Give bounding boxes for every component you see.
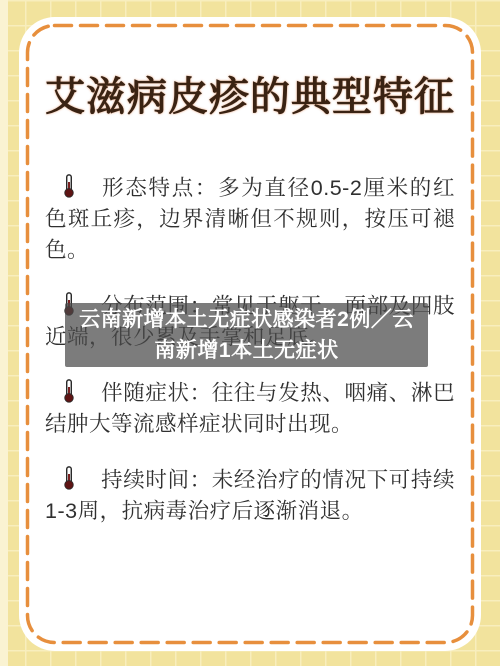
background-left-strip bbox=[0, 0, 8, 666]
bullet-morphology: 形态特点：多为直径0.5-2厘米的红色斑丘疹，边界清晰但不规则，按压可褪色。 bbox=[45, 173, 455, 266]
bullet-accompanying-symptoms: 伴随症状：往往与发热、咽痛、淋巴结肿大等流感样症状同时出现。 bbox=[45, 378, 455, 440]
bullet-duration: 持续时间：未经治疗的情况下可持续1-3周，抗病毒治疗后逐渐消退。 bbox=[45, 465, 455, 527]
thermometer-icon bbox=[63, 174, 75, 198]
news-overlay-line1: 云南新增本土无症状感染者2例／云 bbox=[65, 304, 428, 335]
bullet-label: 持续时间： bbox=[101, 468, 212, 492]
thermometer-icon bbox=[63, 466, 75, 490]
news-overlay-line2: 南新增1本土无症状 bbox=[65, 335, 428, 366]
poster-title: 艾滋病皮疹的典型特征 bbox=[45, 71, 455, 123]
poster-canvas: 艾滋病皮疹的典型特征 形态特点：多为直径0.5-2厘米的红色斑丘疹，边界清晰但不… bbox=[0, 0, 500, 666]
bullet-label: 形态特点： bbox=[101, 176, 218, 200]
thermometer-icon bbox=[63, 379, 75, 403]
news-overlay-banner: 云南新增本土无症状感染者2例／云 南新增1本土无症状 bbox=[65, 303, 428, 367]
bullet-label: 伴随症状： bbox=[101, 381, 212, 405]
